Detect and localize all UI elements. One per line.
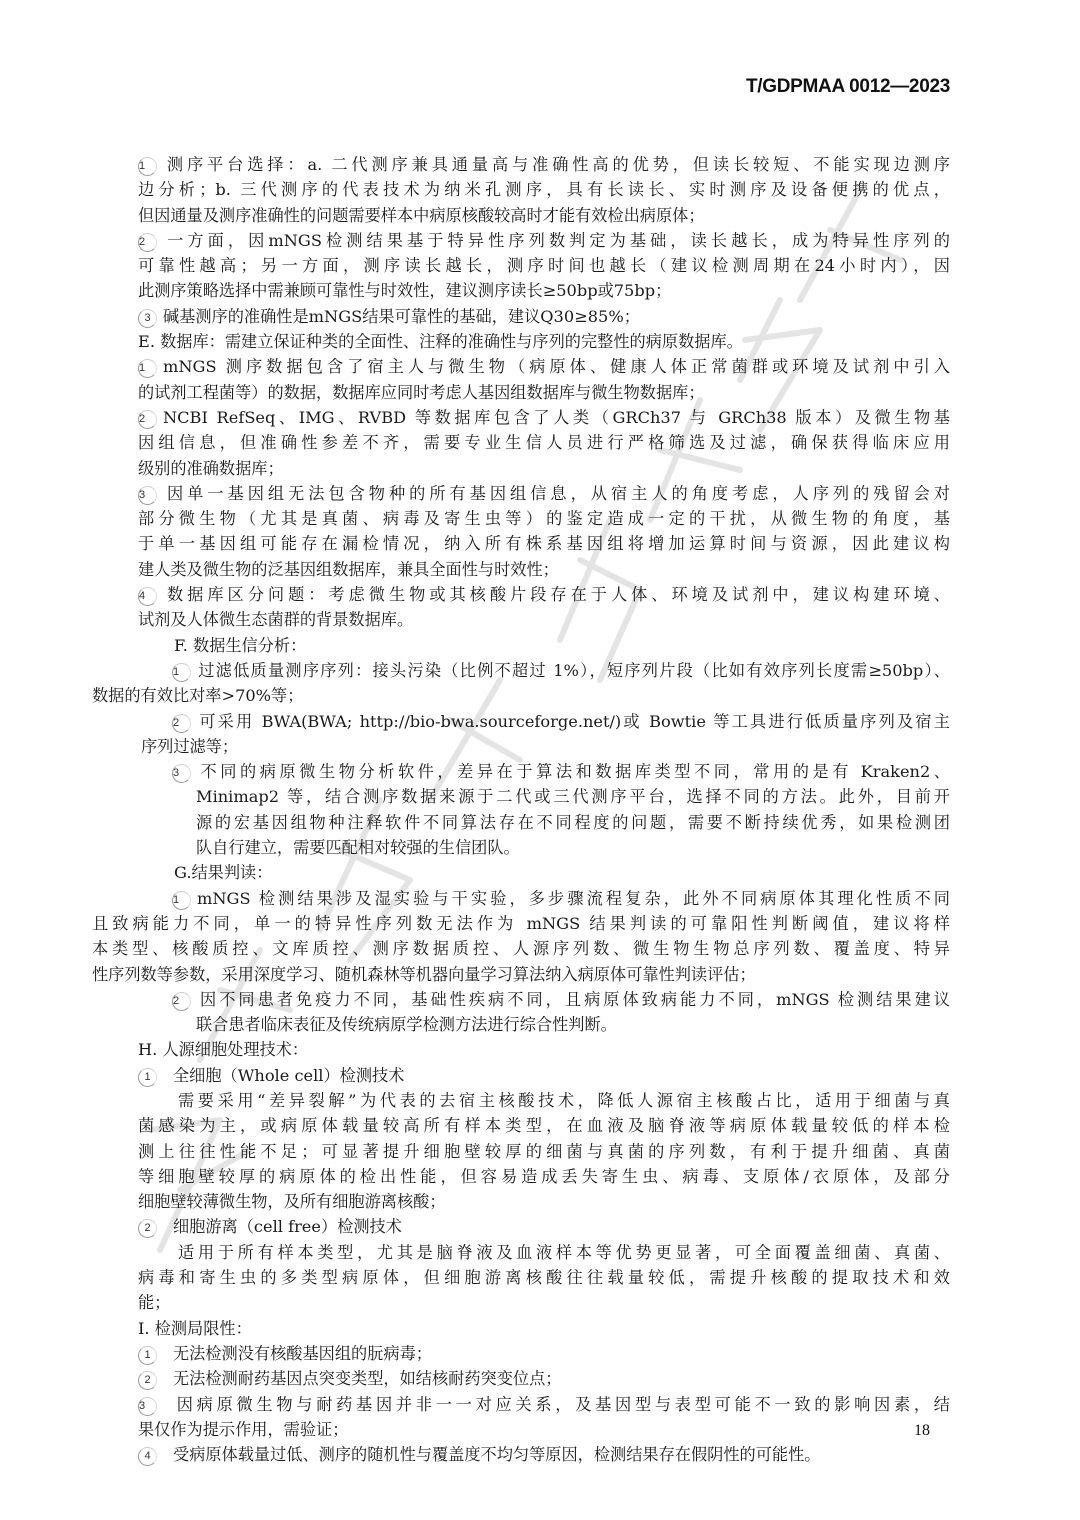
circled-number: 3 (172, 764, 191, 783)
paragraph-line: 测序平台选择：a. 二代测序兼具通量高与准确性高的优势，但读长较短、不能实现边测… (163, 155, 950, 174)
section-d-item-1: 1测序平台选择：a. 二代测序兼具通量高与准确性高的优势，但读长较短、不能实现边… (138, 152, 950, 228)
item-title: 细胞游离（cell free）检测技术 (173, 1217, 402, 1236)
paragraph-line: 的试剂工程菌等）的数据，数据库应同时考虑人基因组数据库与微生物数据库； (138, 380, 950, 405)
paragraph-line: 部分微生物（尤其是真菌、病毒及寄生虫等）的鉴定造成一定的干扰，从微生物的角度，基 (138, 506, 950, 531)
paragraph-line: 因组信息，但准确性参差不齐，需要专业生信人员进行严格筛选及过滤，确保获得临床应用 (138, 430, 950, 455)
paragraph-line: 病毒和寄生虫的多类型病原体，但细胞游离核酸往往载量较低，需提升核酸的提取技术和效 (138, 1265, 950, 1290)
paragraph-line: 无法检测耐药基因点突变类型，如结核耐药突变位点； (173, 1369, 562, 1388)
circled-number: 3 (138, 486, 157, 505)
paragraph-line: 能； (138, 1290, 950, 1315)
paragraph-line: 不同的病原微生物分析软件，差异在于算法和数据库类型不同，常用的是有 Kraken… (197, 762, 950, 781)
circled-number: 2 (138, 233, 157, 252)
paragraph-line: mNGS 检测结果涉及湿实验与干实验，多步骤流程复杂，此外不同病原体其理化性质不… (197, 889, 950, 908)
circled-number: 2 (138, 1219, 157, 1238)
paragraph-line: 数据的有效比对率>70%等； (92, 683, 950, 708)
paragraph-line: 可靠性越高；另一方面，测序读长越长，测序时间也越长（建议检测周期在24小时内），… (138, 253, 950, 278)
paragraph-line: 此测序策略选择中需兼顾可靠性与时效性，建议测序读长≥50bp或75bp； (138, 278, 950, 303)
section-i-item-2: 2无法检测耐药基因点突变类型，如结核耐药突变位点； (138, 1366, 950, 1391)
section-h-item-2: 2细胞游离（cell free）检测技术 适用于所有样本类型，尤其是脑脊液及血液… (138, 1214, 950, 1315)
paragraph-line: 测上往往性能不足；可显著提升细胞壁较厚的细菌与真菌的序列数，有利于提升细菌、真菌 (138, 1139, 950, 1164)
paragraph-line: 因病原微生物与耐药基因并非一一对应关系，及基因型与表型可能不一致的影响因素，结 (173, 1395, 950, 1414)
paragraph-line: 数据库区分问题：考虑微生物或其核酸片段存在于人体、环境及试剂中，建议构建环境、 (163, 585, 950, 604)
section-i-item-1: 1无法检测没有核酸基因组的朊病毒； (138, 1341, 950, 1366)
paragraph-line: 源的宏基因组物种注释软件不同算法存在不同程度的问题，需要不断持续优秀，如果检测团 (138, 810, 950, 835)
circled-number: 3 (138, 1397, 157, 1416)
section-e-item-4: 4数据库区分问题：考虑微生物或其核酸片段存在于人体、环境及试剂中，建议构建环境、… (138, 582, 950, 633)
circled-number: 2 (172, 714, 191, 733)
section-f-item-1: 1过滤低质量测序序列：接头污染（比例不超过 1%），短序列片段（比如有效序列长度… (92, 658, 950, 709)
section-g-item-1: 1mNGS 检测结果涉及湿实验与干实验，多步骤流程复杂，此外不同病原体其理化性质… (92, 886, 950, 987)
section-i-heading: I. 检测局限性： (138, 1316, 950, 1341)
paragraph-line: 且致病能力不同，单一的特异性序列数无法作为 mNGS 结果判读的可靠阳性判断阈值… (92, 911, 950, 936)
section-i-item-3: 3因病原微生物与耐药基因并非一一对应关系，及基因型与表型可能不一致的影响因素，结… (138, 1392, 950, 1443)
section-g-heading: G.结果判读： (138, 860, 950, 885)
document-body: 1测序平台选择：a. 二代测序兼具通量高与准确性高的优势，但读长较短、不能实现边… (138, 152, 950, 1467)
paragraph-line: 性序列数等参数，采用深度学习、随机森林等机器向量学习算法纳入病原体可靠性判读评估… (92, 962, 950, 987)
circled-number: 1 (138, 359, 157, 378)
paragraph-line: 因不同患者免疫力不同，基础性疾病不同，且病原体致病能力不同，mNGS 检测结果建… (197, 990, 950, 1009)
section-g-item-2: 2因不同患者免疫力不同，基础性疾病不同，且病原体致病能力不同，mNGS 检测结果… (138, 987, 950, 1038)
paragraph-line: 队自行建立，需要匹配相对较强的生信团队。 (138, 835, 950, 860)
section-d-item-3: 3碱基测序的准确性是mNGS结果可靠性的基础，建议Q30≥85%； (138, 304, 950, 329)
circled-number: 1 (138, 1068, 157, 1087)
paragraph-line: Minimap2 等，结合测序数据来源于二代或三代测序平台，选择不同的方法。此外… (138, 784, 950, 809)
paragraph-line: 边分析；b. 三代测序的代表技术为纳米孔测序，具有长读长、实时测序及设备便携的优… (138, 177, 950, 202)
circled-number: 1 (172, 891, 191, 910)
section-e-item-2: 2NCBI RefSeq、IMG、RVBD 等数据库包含了人类（GRCh37 与… (138, 405, 950, 481)
paragraph-line: 适用于所有样本类型，尤其是脑脊液及血液样本等优势更显著，可全面覆盖细菌、真菌、 (138, 1240, 950, 1265)
paragraph-line: 序列过滤等； (138, 734, 950, 759)
paragraph-line: NCBI RefSeq、IMG、RVBD 等数据库包含了人类（GRCh37 与 … (163, 408, 950, 427)
document-code: T/GDPMAA 0012—2023 (746, 76, 950, 98)
paragraph-line: 菌感染为主，或病原体载量较高所有样本类型，在血液及脑脊液等病原体载量较低的样本检 (138, 1113, 950, 1138)
paragraph-line: 试剂及人体微生态菌群的背景数据库。 (138, 607, 950, 632)
paragraph-line: 但因通量及测序准确性的问题需要样本中病原核酸较高时才能有效检出病原体； (138, 203, 950, 228)
paragraph-line: 一方面，因mNGS检测结果基于特异性序列数判定为基础，读长越长，成为特异性序列的 (163, 231, 950, 250)
section-h-item-1: 1全细胞（Whole cell）检测技术 需要采用“差异裂解”为代表的去宿主核酸… (138, 1063, 950, 1215)
circled-number: 2 (172, 992, 191, 1011)
section-i-item-4: 4受病原体载量过低、测序的随机性与覆盖度不均匀等原因，检测结果存在假阴性的可能性… (138, 1442, 950, 1467)
paragraph-line: 可采用 BWA(BWA; http://bio-bwa.sourceforge.… (197, 712, 950, 731)
circled-number: 4 (138, 587, 157, 606)
paragraph-line: 于单一基因组可能存在漏检情况，纳入所有株系基因组将增加运算时间与资源，因此建议构 (138, 531, 950, 556)
paragraph-line: 细胞壁较薄微生物，及所有细胞游离核酸； (138, 1189, 950, 1214)
paragraph-line: 碱基测序的准确性是mNGS结果可靠性的基础，建议Q30≥85%； (163, 307, 640, 326)
section-e-item-3: 3因单一基因组无法包含物种的所有基因组信息，从宿主人的角度考虑，人序列的残留会对… (138, 481, 950, 582)
paragraph-line: 级别的准确数据库； (138, 456, 950, 481)
circled-number: 1 (138, 157, 157, 176)
section-h-heading: H. 人源细胞处理技术： (138, 1037, 950, 1062)
paragraph-line: 建人类及微生物的泛基因组数据库，兼具全面性与时效性； (138, 557, 950, 582)
paragraph-line: 因单一基因组无法包含物种的所有基因组信息，从宿主人的角度考虑，人序列的残留会对 (163, 484, 950, 503)
paragraph-line: mNGS 测序数据包含了宿主人与微生物（病原体、健康人体正常菌群或环境及试剂中引… (163, 357, 950, 376)
section-e-item-1: 1mNGS 测序数据包含了宿主人与微生物（病原体、健康人体正常菌群或环境及试剂中… (138, 354, 950, 405)
paragraph-line: 过滤低质量测序序列：接头污染（比例不超过 1%），短序列片段（比如有效序列长度需… (197, 661, 950, 680)
circled-number: 2 (138, 410, 157, 429)
paragraph-line: 联合患者临床表征及传统病原学检测方法进行综合性判断。 (138, 1012, 950, 1037)
section-d-item-2: 2一方面，因mNGS检测结果基于特异性序列数判定为基础，读长越长，成为特异性序列… (138, 228, 950, 304)
paragraph-line: 等细胞壁较厚的病原体的检出性能，但容易造成丢失寄生虫、病毒、支原体/衣原体，及部… (138, 1164, 950, 1189)
circled-number: 4 (138, 1447, 157, 1466)
circled-number: 2 (138, 1371, 157, 1390)
paragraph-line: 无法检测没有核酸基因组的朊病毒； (173, 1344, 432, 1363)
paragraph-line: 本类型、核酸质控、文库质控、测序数据质控、人源序列数、微生物生物总序列数、覆盖度… (92, 936, 950, 961)
paragraph-line: 果仅作为提示作用，需验证； (138, 1417, 950, 1442)
section-f-heading: F. 数据生信分析： (138, 633, 950, 658)
circled-number: 1 (172, 663, 191, 682)
circled-number: 3 (138, 309, 157, 328)
item-title: 全细胞（Whole cell）检测技术 (173, 1066, 404, 1085)
paragraph-line: 需要采用“差异裂解”为代表的去宿主核酸技术，降低人源宿主核酸占比，适用于细菌与真 (138, 1088, 950, 1113)
circled-number: 1 (138, 1346, 157, 1365)
section-e-heading: E. 数据库：需建立保证种类的全面性、注释的准确性与序列的完整性的病原数据库。 (138, 329, 950, 354)
section-f-item-3: 3不同的病原微生物分析软件，差异在于算法和数据库类型不同，常用的是有 Krake… (138, 759, 950, 860)
section-f-item-2: 2可采用 BWA(BWA; http://bio-bwa.sourceforge… (138, 709, 950, 760)
paragraph-line: 受病原体载量过低、测序的随机性与覆盖度不均匀等原因，检测结果存在假阴性的可能性。 (173, 1445, 821, 1464)
